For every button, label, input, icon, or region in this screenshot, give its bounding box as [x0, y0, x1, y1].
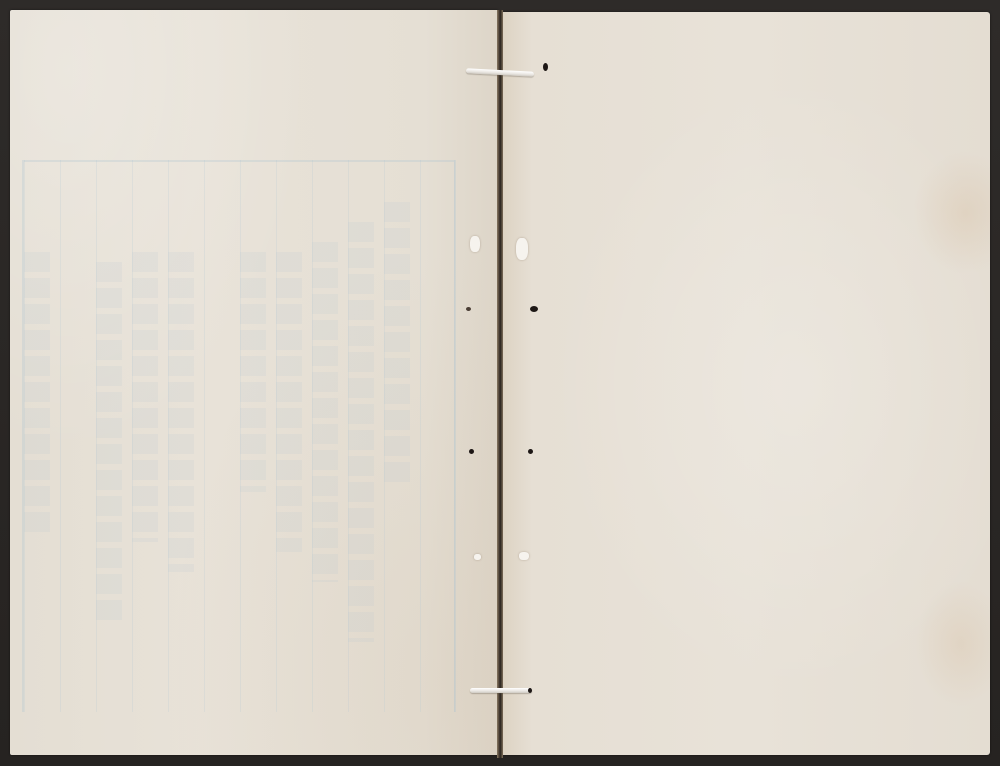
stitch-hole [543, 63, 548, 71]
show-through-column [240, 252, 266, 492]
stitch-hole [466, 307, 471, 311]
right-page: Right page (blank) [503, 12, 990, 755]
paper-tear [470, 236, 480, 252]
show-through-column [348, 222, 374, 642]
show-through-column [312, 242, 338, 582]
left-page: Left page (blank, faint show-through of … [10, 10, 498, 755]
show-through-grid [22, 160, 456, 712]
stitch-hole [528, 449, 533, 454]
binding-thread-bottom [470, 688, 532, 693]
show-through-column [132, 252, 158, 542]
paper-tear [519, 552, 529, 560]
show-through-column [384, 202, 410, 482]
paper-tear [516, 238, 528, 260]
paper-tear [474, 554, 481, 560]
show-through-column [276, 252, 302, 552]
book-spine-gutter: Stitched spine with white thread [497, 10, 503, 758]
show-through-column [24, 252, 50, 532]
show-through-column [96, 262, 122, 622]
stitch-hole [528, 688, 532, 693]
show-through-column [168, 252, 194, 572]
stitch-hole [469, 449, 474, 454]
stitch-hole [530, 306, 538, 312]
